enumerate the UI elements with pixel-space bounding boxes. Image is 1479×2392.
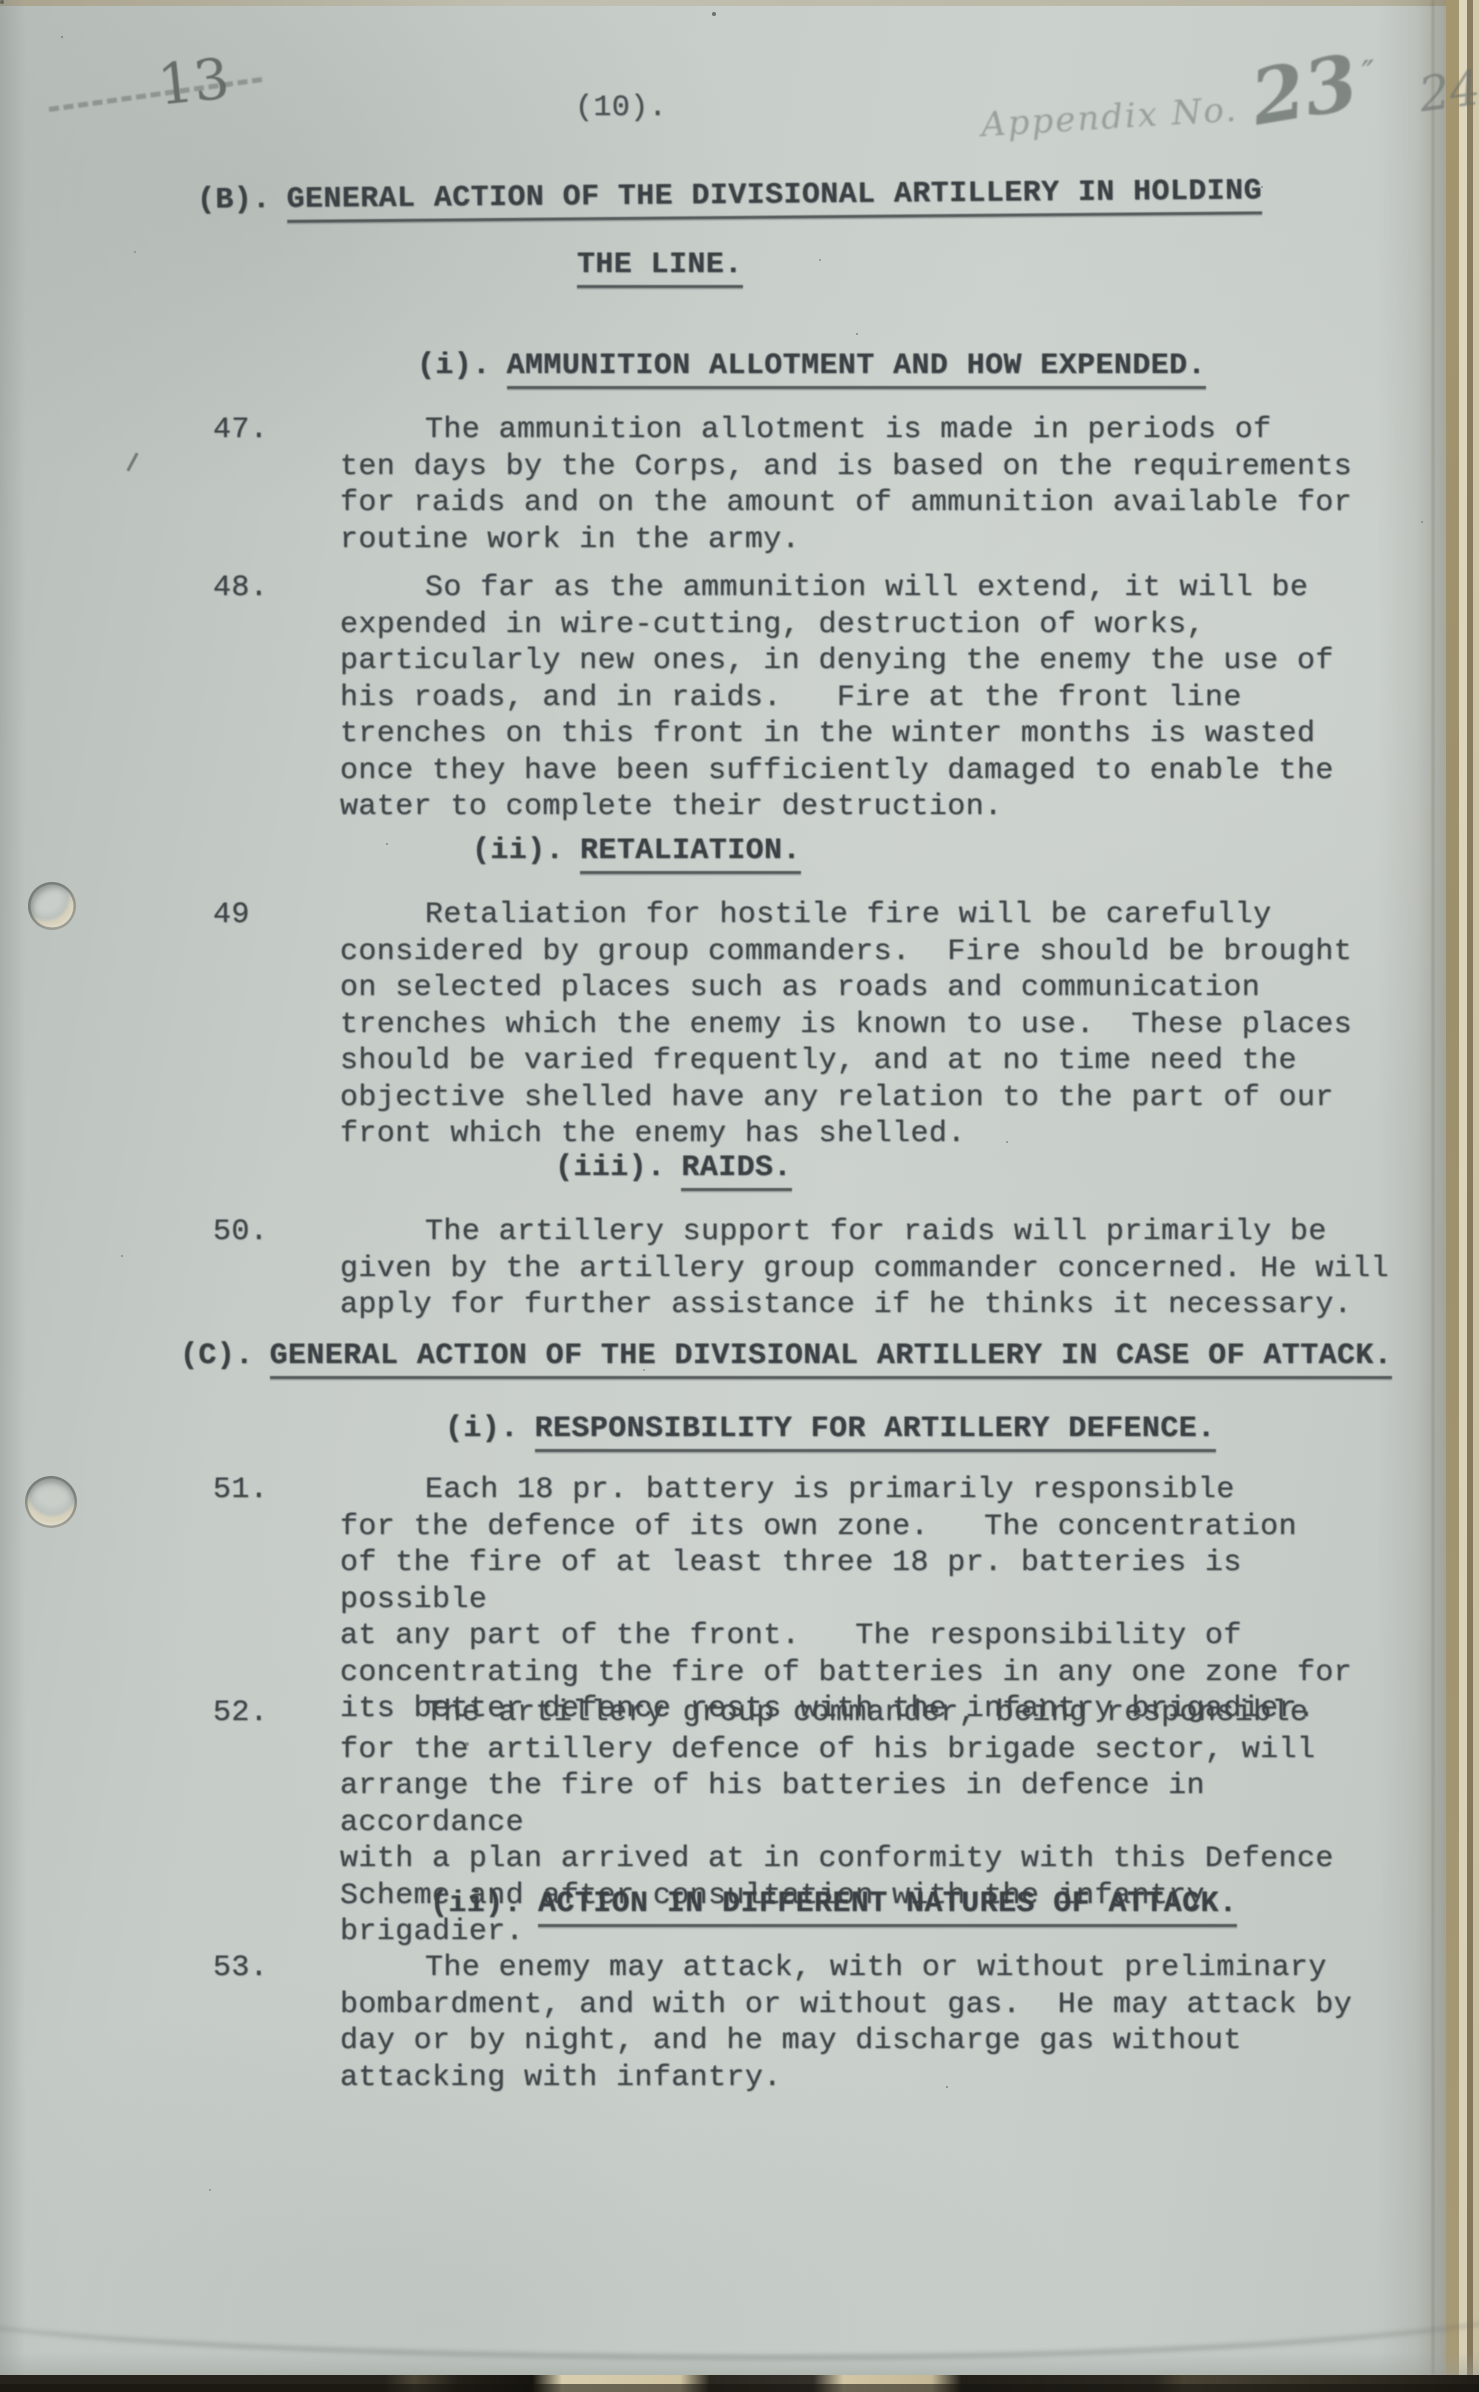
photo-bottom-edge-shadow <box>0 2384 1479 2392</box>
paragraph-50-text: The artillery support for raids will pri… <box>340 1214 1396 1324</box>
subsection-i-prefix: (i). <box>417 349 491 383</box>
page-left-shading <box>0 0 26 2392</box>
subsection-c-i-title: RESPONSIBILITY FOR ARTILLERY DEFENCE. <box>535 1412 1216 1452</box>
paragraph-47: 47. The ammunition allotment is made in … <box>340 412 1396 558</box>
paragraph-49: 49 Retaliation for hostile fire will be … <box>340 897 1396 1153</box>
subsection-ii-heading: (ii).RETALIATION. <box>472 833 801 870</box>
section-b-heading: (B).GENERAL ACTION OF THE DIVISIONAL ART… <box>197 173 1262 219</box>
paragraph-52-number: 52. <box>213 1695 268 1732</box>
hole-punch-icon <box>28 882 76 930</box>
paragraph-51-text: Each 18 pr. battery is primarily respons… <box>340 1472 1396 1728</box>
paragraph-47-text: The ammunition allotment is made in peri… <box>340 412 1396 558</box>
paragraph-49-number: 49 <box>213 897 250 934</box>
paragraph-48-text: So far as the ammunition will extend, it… <box>340 570 1396 826</box>
photo-top-edge <box>0 0 1479 6</box>
paragraph-53-number: 53. <box>213 1950 268 1987</box>
book-edge-strip <box>1473 0 1479 2392</box>
scanned-document-page: 13 (10). Appendix No. 23 ″ 24 (B).GENERA… <box>0 0 1479 2392</box>
paragraph-53-text: The enemy may attack, with or without pr… <box>340 1950 1396 2096</box>
section-c-heading: (C).GENERAL ACTION OF THE DIVISIONAL ART… <box>180 1338 1392 1375</box>
section-b-title: GENERAL ACTION OF THE DIVISIONAL ARTILLE… <box>286 174 1262 223</box>
book-edge-strip <box>1446 0 1459 2392</box>
paragraph-48-number: 48. <box>213 570 268 607</box>
subsection-i-title: AMMUNITION ALLOTMENT AND HOW EXPENDED. <box>507 349 1206 389</box>
subsection-c-i-prefix: (i). <box>445 1412 519 1446</box>
subsection-i-heading: (i).AMMUNITION ALLOTMENT AND HOW EXPENDE… <box>417 348 1206 385</box>
typed-page-number: (10). <box>575 90 667 127</box>
appendix-number: 23 <box>1253 82 1357 99</box>
page-edge-crease <box>1432 0 1434 2392</box>
paragraph-47-number: 47. <box>213 412 268 449</box>
page-bottom-shadow <box>0 2352 1479 2376</box>
subsection-iii-heading: (iii).RAIDS. <box>555 1150 792 1187</box>
appendix-ditto-marks: ″ <box>1361 53 1376 94</box>
subsection-ii-title: RETALIATION. <box>580 834 801 874</box>
subsection-iii-title: RAIDS. <box>681 1151 791 1191</box>
paragraph-51-number: 51. <box>213 1472 268 1509</box>
paragraph-51: 51. Each 18 pr. battery is primarily res… <box>340 1472 1396 1728</box>
subsection-c-ii-title: ACTION IN DIFFERENT NATURES OF ATTACK. <box>538 1887 1237 1927</box>
pencil-tick-mark <box>126 452 138 471</box>
paragraph-49-text: Retaliation for hostile fire will be car… <box>340 897 1396 1153</box>
section-b-heading-line2: THE LINE. <box>577 247 743 284</box>
subsection-ii-prefix: (ii). <box>472 834 564 868</box>
subsection-iii-prefix: (iii). <box>555 1151 665 1185</box>
subsection-c-ii-heading: (ii).ACTION IN DIFFERENT NATURES OF ATTA… <box>430 1886 1237 1923</box>
section-c-title: GENERAL ACTION OF THE DIVISIONAL ARTILLE… <box>270 1339 1393 1379</box>
paragraph-53: 53. The enemy may attack, with or withou… <box>340 1950 1396 2096</box>
section-c-prefix: (C). <box>180 1339 254 1373</box>
paragraph-50: 50. The artillery support for raids will… <box>340 1214 1396 1324</box>
paragraph-48: 48. So far as the ammunition will extend… <box>340 570 1396 826</box>
book-edge-strip <box>1459 0 1467 2392</box>
subsection-c-i-heading: (i).RESPONSIBILITY FOR ARTILLERY DEFENCE… <box>445 1411 1216 1448</box>
section-b-title2: THE LINE. <box>577 248 743 288</box>
handwritten-page-number: 13 <box>155 46 233 118</box>
subsection-c-ii-prefix: (ii). <box>430 1887 522 1921</box>
paper-specks <box>0 0 4 4</box>
page-bottom-curve <box>0 2225 1479 2360</box>
section-b-prefix: (B). <box>197 183 271 218</box>
appendix-label: Appendix No. <box>980 90 1239 146</box>
appendix-extra-number: 24 <box>1416 60 1479 123</box>
paragraph-50-number: 50. <box>213 1214 268 1251</box>
